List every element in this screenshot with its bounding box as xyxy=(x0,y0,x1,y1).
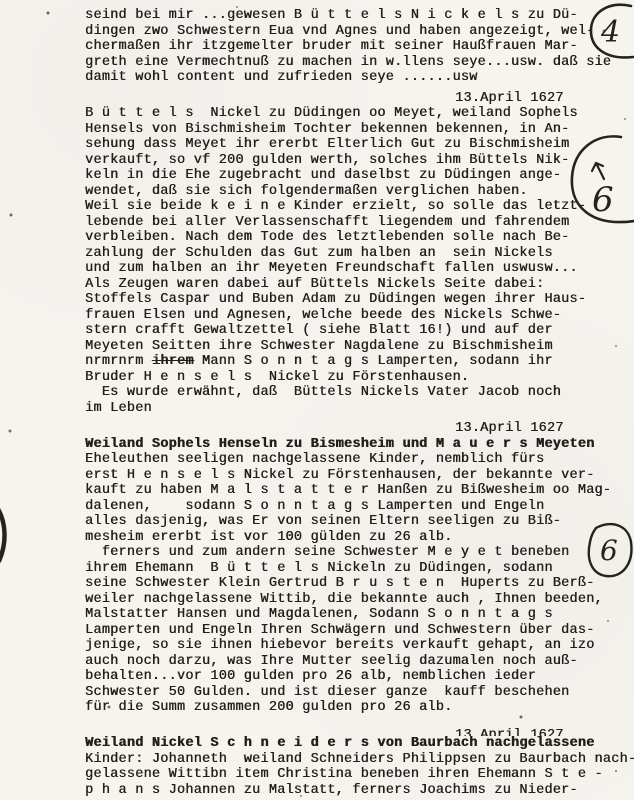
left-edge-ink-mark xyxy=(0,505,10,565)
text-line: zahlung der Schulden das Gut zum halben … xyxy=(85,246,634,262)
text-line: Es wurde erwähnt, daß Büttels Nickels Va… xyxy=(85,385,634,401)
blatt-17r-header: Blatt 17 R 13.April 1627 xyxy=(85,421,634,437)
text-line: auch noch darzu, was Ihre Mutter seelig … xyxy=(85,654,634,670)
blatt-17r-text: Eheleuthen seeligen nachgelassene Kinder… xyxy=(85,452,634,716)
text-line: keln in die Ehe zugebracht und daselbst … xyxy=(85,168,634,184)
text-line: Kinder: Johanneth weiland Schneiders Phi… xyxy=(85,752,634,768)
text-line: ihrem Ehemann B ü t t e l s Nickeln zu D… xyxy=(85,561,634,577)
text-line: seind bei mir ...gewesen B ü t t e l s N… xyxy=(85,8,634,24)
overtyped-word: ihrem xyxy=(152,354,194,369)
text-line: Schwester 50 Gulden. und ist dieser ganz… xyxy=(85,685,634,701)
text-line: damit wohl content und zufrieden seye ..… xyxy=(85,70,634,86)
text-line: kauft zu haben M a l s t a t t e r Hanße… xyxy=(85,483,634,499)
text-line: frauen Elsen und Agnesen, welche beede d… xyxy=(85,308,634,324)
text-line: Eheleuthen seeligen nachgelassene Kinder… xyxy=(85,452,634,468)
blatt-18-header: Blatt 18 13.April 1627 xyxy=(85,721,634,737)
blatt-17r-lead-line: Weiland Sophels Henseln zu Bismesheim un… xyxy=(85,437,634,453)
text-line: Als Zeugen waren dabei auf Büttels Nicke… xyxy=(85,277,634,293)
text-line: weiler nachgelassene Wittib, die bekannt… xyxy=(85,592,634,608)
text-line: stern crafft Gewaltzettel ( siehe Blatt … xyxy=(85,323,634,339)
document-page: seind bei mir ...gewesen B ü t t e l s N… xyxy=(0,0,634,800)
text-line: im Leben xyxy=(85,401,634,417)
text-line: jenige, so sie ihnen hiebevor bereits ve… xyxy=(85,638,634,654)
blatt-17-header: XXXXXXXX Blatt 17 13.April 1627 xyxy=(85,91,634,107)
text-line: verbleiben. Nach dem Tode des letztleben… xyxy=(85,230,634,246)
blatt-17-text-b: Bruder H e n s e l s Nickel zu Förstenha… xyxy=(85,370,634,417)
blatt-18-lead-line: Weiland Nickel S c h n e i d e r s von B… xyxy=(85,736,634,752)
typewritten-text: seind bei mir ...gewesen B ü t t e l s N… xyxy=(85,8,634,798)
text-line: dalenen, sodann S o n n t a g s Lamperte… xyxy=(85,499,634,515)
overtype-pre: nrmrnrm xyxy=(85,354,152,369)
overtype-post: Mann S o n n t a g s Lamperten, sodann i… xyxy=(194,354,553,369)
blatt-17r-date: 13.April 1627 xyxy=(455,421,564,437)
text-line: Bruder H e n s e l s Nickel zu Förstenha… xyxy=(85,370,634,386)
intro-paragraph: seind bei mir ...gewesen B ü t t e l s N… xyxy=(85,8,634,86)
blatt-17-text-a: B ü t t e l s Nickel zu Düdingen oo Meye… xyxy=(85,106,634,354)
text-line: Stoffels Caspar und Buben Adam zu Düding… xyxy=(85,292,634,308)
text-line: dingen zwo Schwestern Eua vnd Agnes und … xyxy=(85,24,634,40)
blatt-18-date: 13.April 1627 xyxy=(455,728,564,737)
text-line-overtyped: nrmrnrm ihrem Mann S o n n t a g s Lampe… xyxy=(85,354,634,370)
text-line: erst H e n s e l s Nickel zu Förstenhaus… xyxy=(85,468,634,484)
text-line: Weil sie beide k e i n e Kinder erzielt,… xyxy=(85,199,634,215)
text-line: mesheim ererbt ist vor 100 gülden zu 26 … xyxy=(85,530,634,546)
text-line: chermaßen ihr itzgemelter bruder mit sei… xyxy=(85,39,634,55)
text-line: ferners und zum andern seine Schwester M… xyxy=(85,545,634,561)
text-line: p h a n s Johannen zu Malstatt, ferners … xyxy=(85,783,634,799)
text-line: und zum halben an ihr Meyeten Freundscha… xyxy=(85,261,634,277)
paper-speckles xyxy=(0,0,2,2)
text-line: B ü t t e l s Nickel zu Düdingen oo Meye… xyxy=(85,106,634,122)
text-line: verkauft, so vf 200 gulden werth, solche… xyxy=(85,153,634,169)
text-line: Hensels von Bischmisheim Tochter bekenne… xyxy=(85,122,634,138)
text-line: Lamperten und Engeln Ihren Schwägern und… xyxy=(85,623,634,639)
text-line: behalten...vor 100 gulden pro 26 alb, ne… xyxy=(85,669,634,685)
text-line: Meyeten Seitten ihre Schwester Nagdalene… xyxy=(85,339,634,355)
text-line: Malstatter Hansen und Magdalenen, Sodann… xyxy=(85,607,634,623)
text-line: seine Schwester Klein Gertrud B r u s t … xyxy=(85,576,634,592)
text-line: wendet, daß sie sich folgendermaßen verg… xyxy=(85,184,634,200)
text-line: sehung dass Meyet ihr ererbt Elterlich G… xyxy=(85,137,634,153)
text-line: gelassene Wittibn item Christina beneben… xyxy=(85,767,634,783)
text-line: für die Summ zusammen 200 gulden pro 26 … xyxy=(85,700,634,716)
text-line: alles dasjenig, was Er von seinen Eltern… xyxy=(85,514,634,530)
text-line: lebende bei aller Verlassenschafft liege… xyxy=(85,215,634,231)
blatt-17-date: 13.April 1627 xyxy=(455,91,564,107)
blatt-18-text: Kinder: Johanneth weiland Schneiders Phi… xyxy=(85,752,634,799)
text-line: greth eine Vermechtnuß zu machen in w.ll… xyxy=(85,55,634,71)
